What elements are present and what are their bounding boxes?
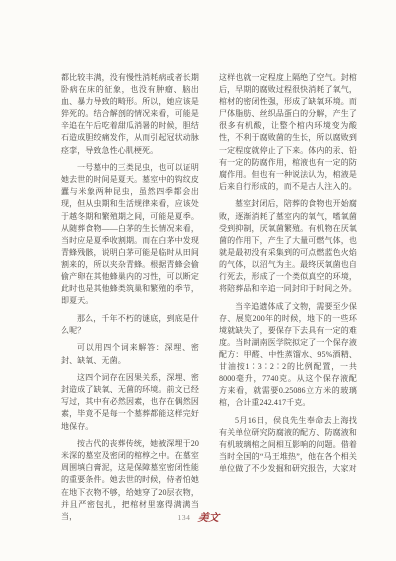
paragraph: 墓室封闭后，陪葬的食物也开始腐败，逐渐消耗了墓室内的氧气，嗜氧菌受到抑制，厌氧菌…: [219, 198, 357, 295]
right-column: 这样也就一定程度上隔绝了空气。封棺后，早期的腐败过程很快消耗了氧气，棺材的密闭性…: [219, 72, 357, 523]
paragraph: 这样也就一定程度上隔绝了空气。封棺后，早期的腐败过程很快消耗了氧气，棺材的密闭性…: [219, 72, 357, 193]
paragraph: 一号墓中的三类昆虫，也可以证明她去世的时间是夏天。墓室中的钩纹皮蠹与米象两种昆虫…: [61, 162, 199, 307]
paragraph: 那么，千年不朽的谜底，到底是什么呢？: [61, 313, 199, 337]
paragraph: 当辛追遗体成了文物，需要至少保存、展览200年的时候，地下的一些环境就缺失了，要…: [219, 301, 357, 410]
text-block: 都比较丰满，没有慢性消耗病或者长期卧病在床的征象，也没有肿瘤、脑出血、暴力导致的…: [61, 72, 357, 523]
paragraph: 可以用四个词来解答：深埋、密封、缺氧、无菌。: [61, 342, 199, 366]
paragraph: 这四个词存在因果关系，深埋、密封造成了缺氧、无菌的环境。前文已经写过，其中有必然…: [61, 372, 199, 432]
book-page: 都比较丰满，没有慢性消耗病或者长期卧病在床的征象，也没有肿瘤、脑出血、暴力导致的…: [0, 0, 396, 561]
page-number: 134: [177, 513, 190, 522]
page-footer: 134 美文: [0, 508, 396, 526]
book-logo: 美文: [197, 510, 220, 525]
paragraph: 都比较丰满，没有慢性消耗病或者长期卧病在床的征象，也没有肿瘤、脑出血、暴力导致的…: [61, 72, 199, 157]
paragraph: 5月16日，侯良先生奉命去上海找有关单位研究防腐液的配方、防腐液和有机玻璃棺之间…: [219, 415, 357, 475]
left-column: 都比较丰满，没有慢性消耗病或者长期卧病在床的征象，也没有肿瘤、脑出血、暴力导致的…: [61, 72, 199, 523]
